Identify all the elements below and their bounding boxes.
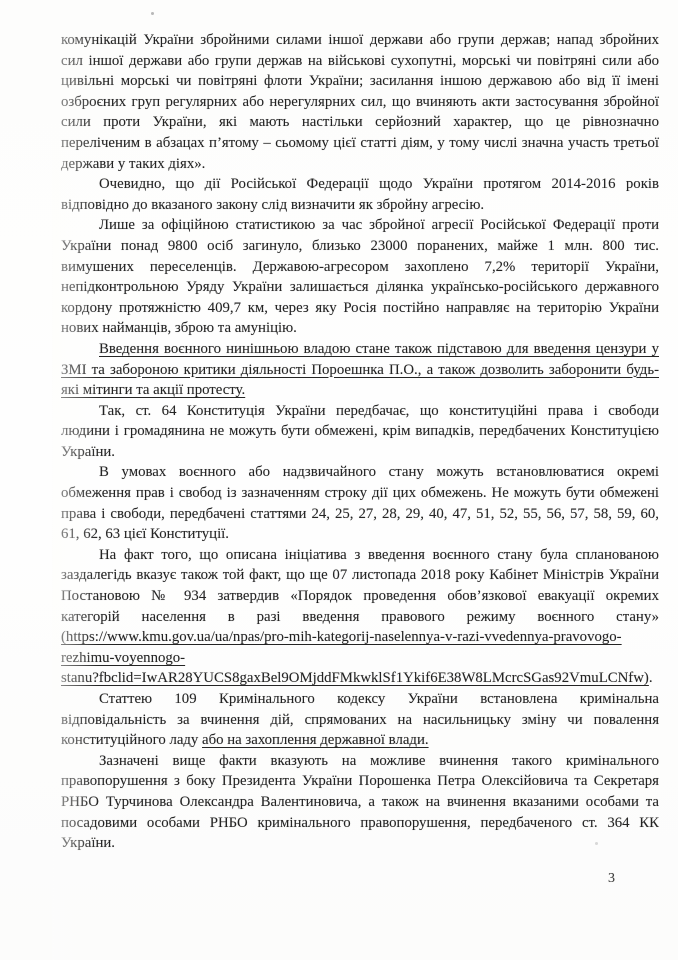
text-line: комунікацій України збройними силами інш… — [61, 30, 659, 51]
text-line: В умовах воєнного або надзвичайного стан… — [61, 462, 659, 483]
url-tail-period: . — [649, 670, 653, 686]
text-line: заздалегідь вказує також той факт, що ще… — [61, 565, 659, 586]
text-segment: конституційного ладу — [61, 732, 202, 748]
text-line: нових найманців, зброю та амуніцію. — [61, 318, 659, 339]
text-line: посадовими особами РНБО кримінального пр… — [61, 813, 659, 834]
paragraph-accusation-poroshenko-turchynov: Зазначені вище факти вказують на можливе… — [61, 751, 659, 854]
text-line: України. — [61, 442, 659, 463]
paragraph-war-statistics: Лише за офіційною статистикою за час збр… — [61, 215, 659, 339]
text-line: України понад 9800 осіб загинуло, близьк… — [61, 236, 659, 257]
document-text: комунікацій України збройними силами інш… — [61, 30, 659, 854]
paragraph-criminal-code-article-109: Статтею 109 Кримінального кодексу Україн… — [61, 689, 659, 751]
text-line: На факт того, що описана ініціатива з вв… — [61, 545, 659, 566]
text-line: кордону протяжністю 409,7 км, через яку … — [61, 298, 659, 319]
paragraph-constitution-article-64: Так, ст. 64 Конституція України передбач… — [61, 401, 659, 463]
paragraph-cabinet-resolution-934: На факт того, що описана ініціатива з вв… — [61, 545, 659, 689]
text-line: відповідно до вказаного закону слід визн… — [61, 195, 659, 216]
paragraph-aggression-conclusion: Очевидно, що дії Російської Федерації що… — [61, 174, 659, 215]
text-line: Постановою № 934 затвердив «Порядок пров… — [61, 586, 659, 607]
kmu-gov-ua-link[interactable]: (https://www.kmu.gov.ua/ua/npas/pro-mih-… — [61, 627, 659, 648]
text-line: відповідальність за вчинення дій, спрямо… — [61, 710, 659, 731]
text-line: категорій населення в разі введення прав… — [61, 607, 659, 628]
text-line: Лише за офіційною статистикою за час збр… — [61, 215, 659, 236]
text-line: 61, 62, 63 цієї Конституції. — [61, 524, 659, 545]
text-line: права і свободи, передбачені статтями 24… — [61, 504, 659, 525]
underlined-text-line: які мітинги та акції протесту. — [61, 380, 659, 401]
text-line: Очевидно, що дії Російської Федерації що… — [61, 174, 659, 195]
scan-speck-top — [151, 12, 154, 15]
text-line: держави у таких діях». — [61, 154, 659, 175]
text-line: РНБО Турчинова Олександра Валентиновича,… — [61, 792, 659, 813]
text-line: сил іншої держави або групи держав на ві… — [61, 51, 659, 72]
text-line: озброєних груп регулярних або нерегулярн… — [61, 92, 659, 113]
text-line: цивільні морські чи повітряні флоти Укра… — [61, 71, 659, 92]
text-line: Так, ст. 64 Конституція України передбач… — [61, 401, 659, 422]
text-line: переліченим в абзацах п’ятому – сьомому … — [61, 133, 659, 154]
paragraph-censorship-warning-underlined: Введення воєнного нинішньою владою стане… — [61, 339, 659, 401]
page-number: 3 — [608, 871, 615, 887]
text-line: сили проти України, які мають настільки … — [61, 112, 659, 133]
text-line: обмеження прав і свобод із зазначенням с… — [61, 483, 659, 504]
paragraph-armed-aggression-definition: комунікацій України збройними силами інш… — [61, 30, 659, 174]
paragraph-martial-law-restrictions: В умовах воєнного або надзвичайного стан… — [61, 462, 659, 544]
underlined-text-line: ЗМІ та забороною критики діяльності Поро… — [61, 360, 659, 381]
text-line: правопорушення з боку Президента України… — [61, 771, 659, 792]
text-line: України. — [61, 833, 659, 854]
text-line: людини і громадянина не можуть бути обме… — [61, 421, 659, 442]
scan-speck-bottom — [595, 842, 598, 845]
text-line: непідконтрольною Уряду України залишаєть… — [61, 277, 659, 298]
text-line: Зазначені вище факти вказують на можливе… — [61, 751, 659, 772]
text-line: stanu?fbclid=IwAR28YUCS8gaxBel9OMjddFMkw… — [61, 668, 659, 689]
text-line: конституційного ладу або на захоплення д… — [61, 730, 659, 751]
underlined-text-segment: або на захоплення державної влади. — [202, 732, 429, 748]
text-line: Статтею 109 Кримінального кодексу Україн… — [61, 689, 659, 710]
scanned-page: комунікацій України збройними силами інш… — [0, 0, 678, 960]
underlined-text-line: Введення воєнного нинішньою владою стане… — [61, 339, 659, 360]
kmu-gov-ua-link[interactable]: rezhimu-voyennogo- — [61, 648, 659, 669]
kmu-gov-ua-link[interactable]: stanu?fbclid=IwAR28YUCS8gaxBel9OMjddFMkw… — [61, 670, 649, 686]
text-line: вимушених переселенців. Державою-агресор… — [61, 257, 659, 278]
